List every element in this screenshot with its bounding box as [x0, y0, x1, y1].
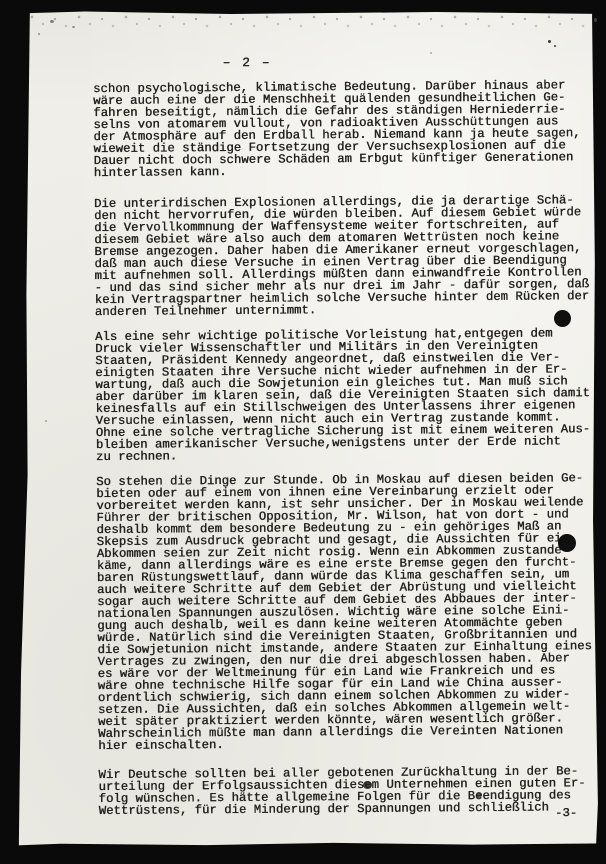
speck-mark — [72, 26, 75, 28]
speck-mark — [120, 700, 122, 702]
document-body-text: schon psychologische, klimatische Bedeut… — [93, 79, 599, 830]
paragraph-5: Wir Deutsche sollten bei aller gebotenen… — [98, 765, 598, 817]
page-number-header: – 2 – — [0, 55, 494, 70]
paragraph-2: Die unterirdischen Explosionen allerding… — [94, 194, 595, 318]
ink-blot-mark — [363, 781, 372, 789]
speck-mark — [554, 45, 556, 47]
ink-dot-mark — [554, 310, 571, 327]
speck-mark — [594, 18, 597, 22]
page-number-footer: -3- — [555, 806, 577, 820]
paragraph-3: Als eine sehr wichtige politische Vorlei… — [95, 327, 596, 463]
scanned-document-page: { "document": { "page_number_top": "– 2 … — [0, 0, 606, 864]
speck-mark — [548, 40, 551, 43]
speck-mark — [300, 770, 302, 772]
ink-dot-mark — [558, 534, 576, 552]
paragraph-1: schon psychologische, klimatische Bedeut… — [93, 79, 594, 179]
scan-border-left — [0, 0, 30, 864]
speck-mark — [45, 420, 47, 422]
scan-border-top — [0, 0, 606, 14]
paragraph-4: So stehen die Dinge zur Stunde. Ob in Mo… — [96, 472, 598, 752]
scan-noise-strip — [26, 13, 592, 31]
speck-mark — [38, 33, 40, 35]
speck-mark — [430, 52, 432, 54]
scan-border-bottom — [0, 842, 606, 864]
speck-mark — [50, 20, 54, 23]
ink-blot-mark — [476, 792, 482, 798]
